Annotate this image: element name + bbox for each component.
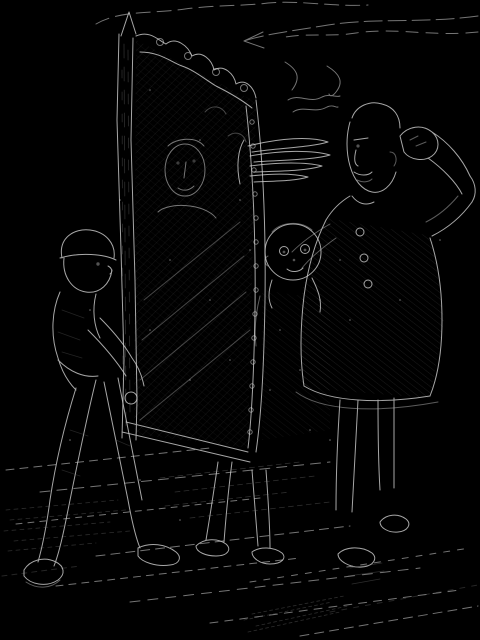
engraving-scene bbox=[0, 0, 480, 640]
canvas-artwork bbox=[130, 35, 265, 455]
engraving-illustration bbox=[0, 0, 480, 640]
